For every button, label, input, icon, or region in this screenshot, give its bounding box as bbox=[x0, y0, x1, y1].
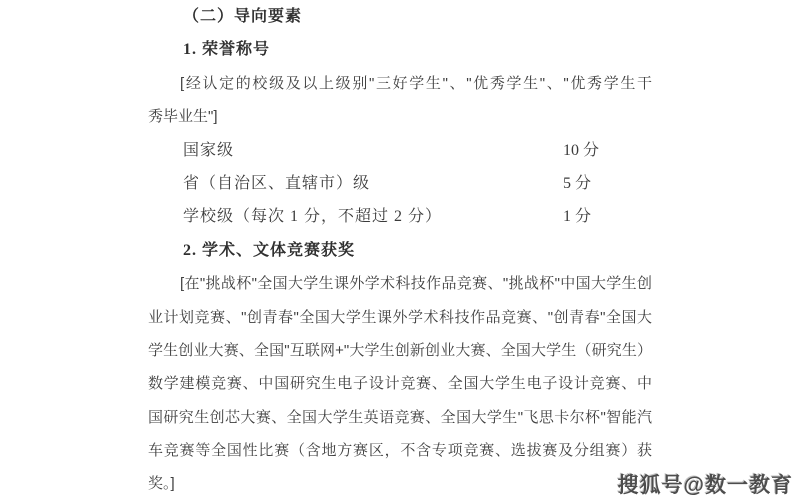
honor-title: 1. 荣誉称号 bbox=[148, 33, 652, 66]
competition-desc-line-2: 业计划竞赛、"创青春"全国大学生课外学术科技作品竞赛、"创青春"全国大 bbox=[148, 301, 652, 334]
row-score: 10 分 bbox=[563, 134, 599, 167]
honor-desc-line-1: [经认定的校级及以上级别"三好学生"、"优秀学生"、"优秀学生干部"、"优 bbox=[148, 67, 652, 100]
competition-desc-line-4: 数学建模竞赛、中国研究生电子设计竞赛、全国大学生电子设计竞赛、中 bbox=[148, 367, 652, 400]
score-row-national: 国家级 10 分 bbox=[148, 134, 652, 167]
row-label: 国家级 bbox=[183, 142, 234, 159]
score-row-provincial: 省（自治区、直辖市）级 5 分 bbox=[148, 167, 652, 200]
watermark: 搜狐号@数一教育 bbox=[618, 469, 793, 499]
competition-title: 2. 学术、文体竞赛获奖 bbox=[148, 234, 652, 267]
row-score: 5 分 bbox=[563, 167, 591, 200]
competition-desc-line-7: 奖。] bbox=[148, 467, 652, 500]
document-body: （二）导向要素 1. 荣誉称号 [经认定的校级及以上级别"三好学生"、"优秀学生… bbox=[148, 0, 652, 501]
competition-desc-line-6: 车竞赛等全国性比赛（含地方赛区，不含专项竞赛、选拔赛及分组赛）获 bbox=[148, 434, 652, 467]
score-row-school: 学校级（每次 1 分，不超过 2 分） 1 分 bbox=[148, 200, 652, 233]
row-score: 1 分 bbox=[563, 200, 591, 233]
competition-desc-line-1: [在"挑战杯"全国大学生课外学术科技作品竞赛、"挑战杯"中国大学生创 bbox=[148, 267, 652, 300]
row-label: 省（自治区、直辖市）级 bbox=[183, 175, 370, 192]
row-label: 学校级（每次 1 分，不超过 2 分） bbox=[183, 208, 442, 225]
section-heading: （二）导向要素 bbox=[148, 0, 652, 33]
competition-desc-line-3: 学生创业大赛、全国"互联网+"大学生创新创业大赛、全国大学生（研究生） bbox=[148, 334, 652, 367]
honor-desc-line-2: 秀毕业生"] bbox=[148, 100, 652, 133]
competition-desc-line-5: 国研究生创芯大赛、全国大学生英语竞赛、全国大学生"飞思卡尔杯"智能汽 bbox=[148, 401, 652, 434]
